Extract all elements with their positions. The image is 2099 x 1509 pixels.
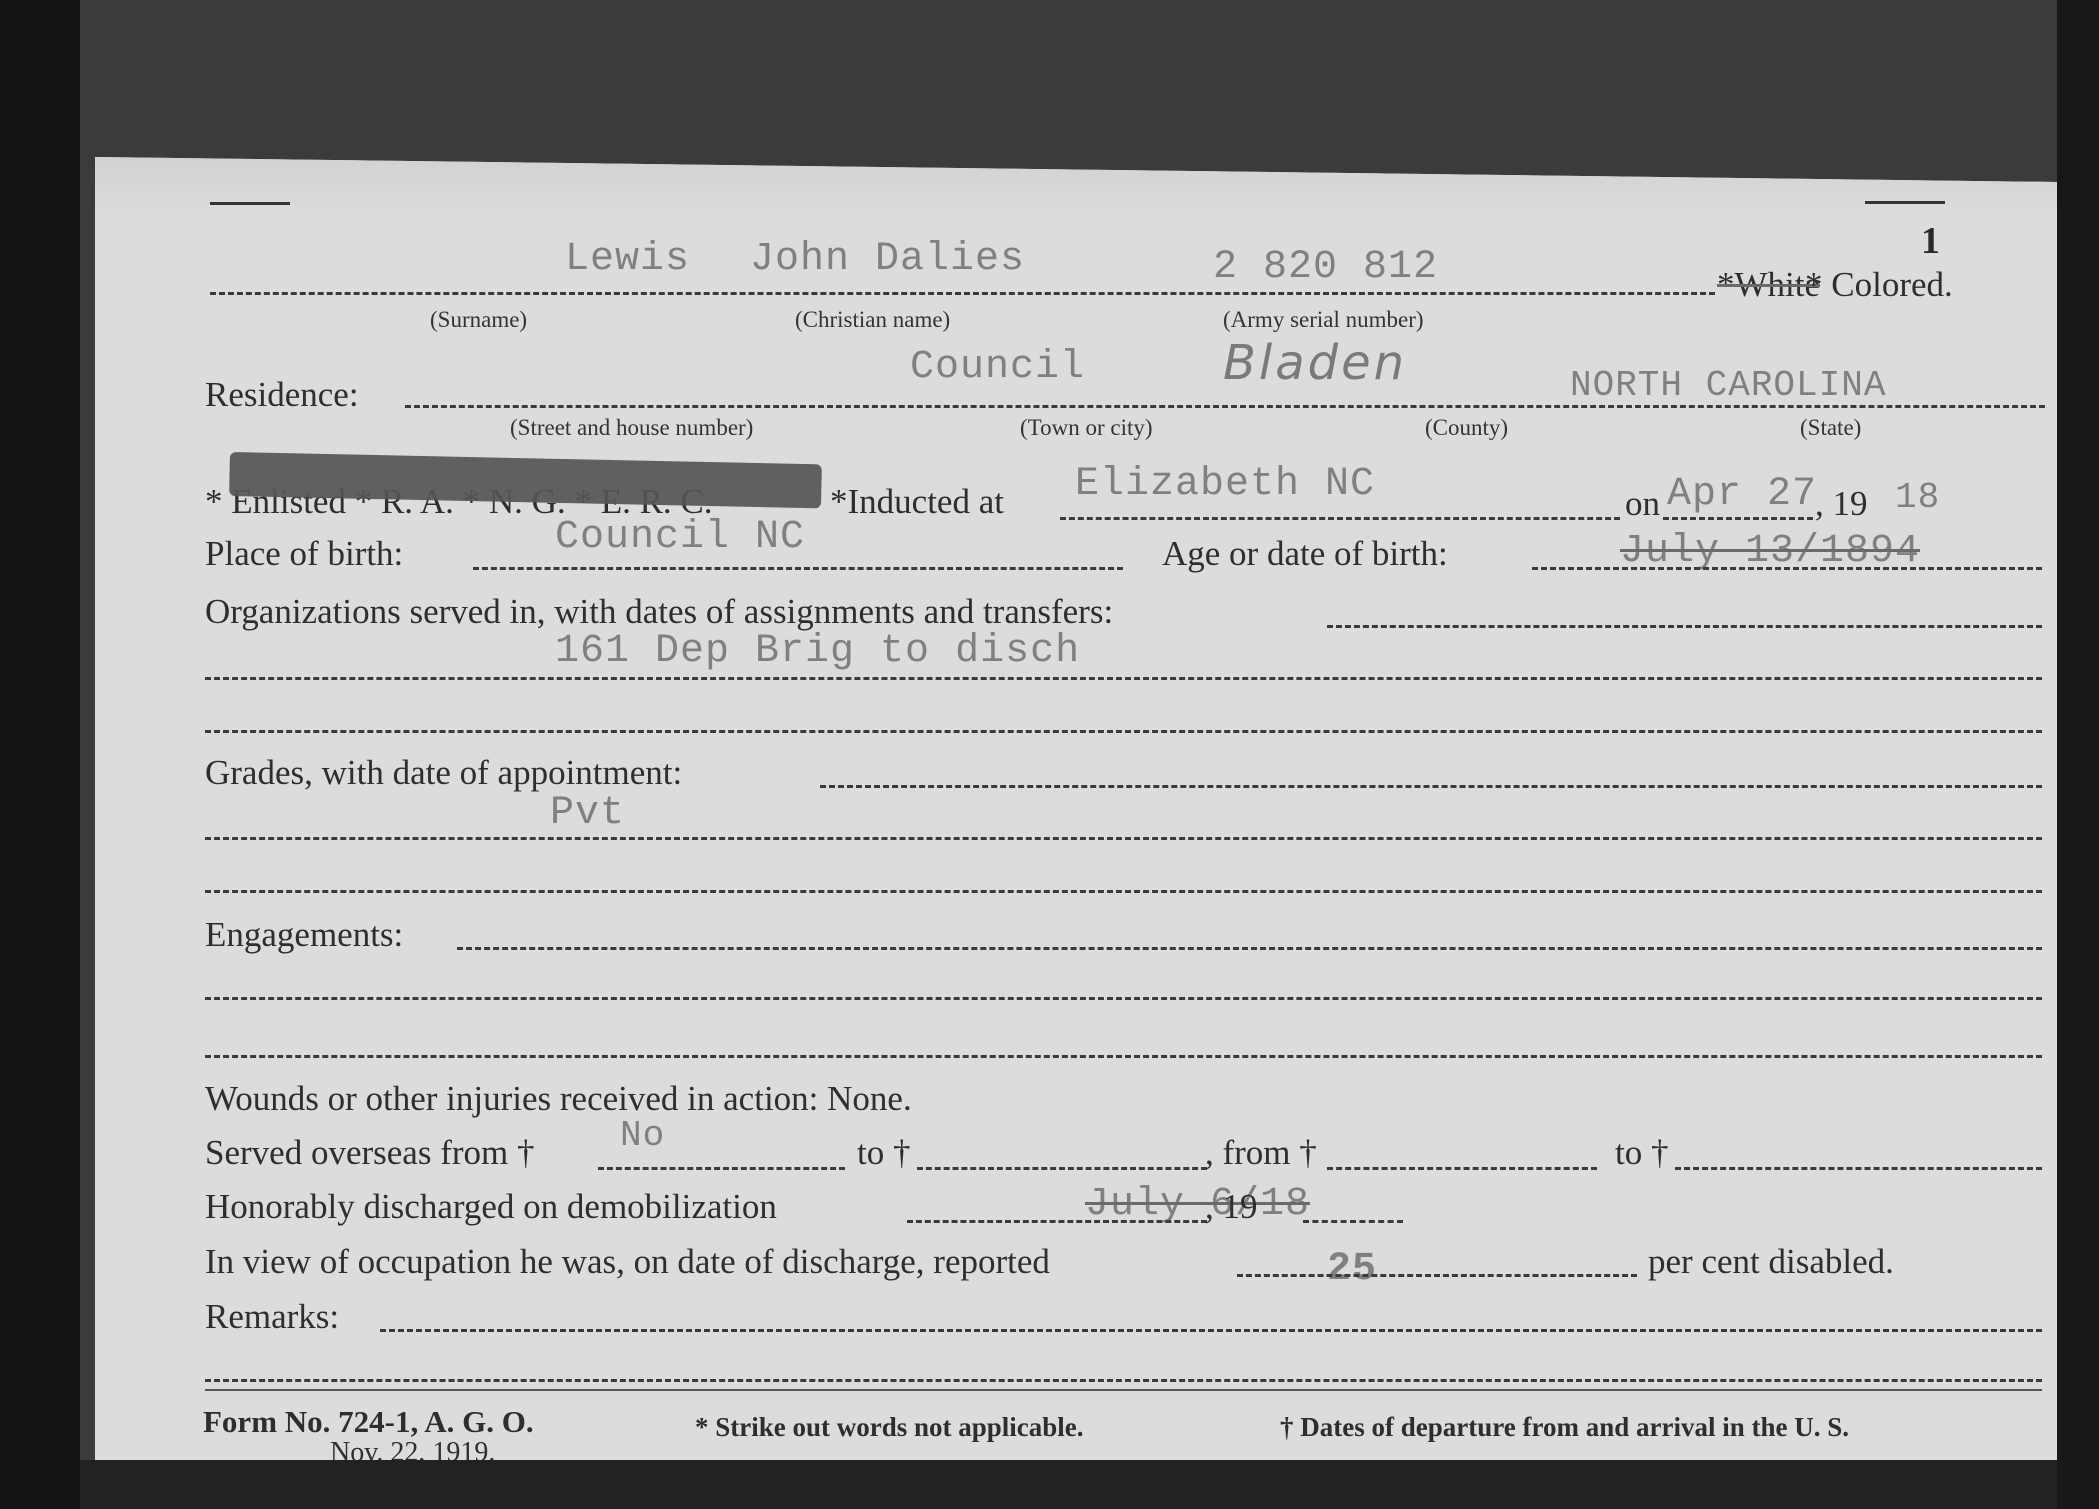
- remarks-label: Remarks:: [205, 1297, 339, 1337]
- residence-label: Residence:: [205, 375, 359, 415]
- induction-date-line: [1663, 517, 1813, 520]
- induction-date: Apr 27: [1667, 472, 1817, 517]
- overseas-to-label: to †: [857, 1133, 910, 1173]
- discharge-date-line: [907, 1220, 1207, 1223]
- footer-rule: [205, 1389, 2042, 1391]
- service-record-card: 1 Lewis John Dalies 2 820 812 *White * C…: [95, 157, 2057, 1460]
- organization-entry: 161 Dep Brig to disch: [555, 629, 1080, 674]
- christian-name-value: John Dalies: [750, 237, 1025, 282]
- discharge-year-label: , 19: [1205, 1187, 1258, 1227]
- corner-tick-left: [210, 202, 290, 205]
- age-label: Age or date of birth:: [1162, 534, 1448, 574]
- overseas-to2-label: to †: [1615, 1133, 1668, 1173]
- state-label: (State): [1800, 415, 1861, 441]
- christian-name-label: (Christian name): [795, 307, 950, 333]
- surname-label: (Surname): [430, 307, 527, 333]
- organizations-line-1: [205, 677, 2042, 680]
- discharge-label: Honorably discharged on demobilization: [205, 1187, 777, 1227]
- scanner-border-right: [2057, 0, 2099, 1509]
- street-label: (Street and house number): [510, 415, 753, 441]
- corner-tick-right: [1865, 201, 1945, 204]
- scanner-border-bottom: [80, 1460, 2057, 1509]
- inducted-line: [1060, 517, 1620, 520]
- grades-label: Grades, with date of appointment:: [205, 753, 682, 793]
- residence-line: [405, 405, 2045, 408]
- place-of-birth-value: Council NC: [555, 515, 805, 560]
- disability-line: [1237, 1274, 1637, 1277]
- overseas-from2-line: [1327, 1167, 1597, 1170]
- county-label: (County): [1425, 415, 1508, 441]
- grades-line-1: [205, 837, 2042, 840]
- card-top-shade: [95, 157, 2057, 217]
- overseas-to2-line: [1675, 1167, 2042, 1170]
- engagements-label: Engagements:: [205, 915, 403, 955]
- remarks-line-1: [205, 1379, 2042, 1382]
- engagements-line-1: [205, 997, 2042, 1000]
- remarks-line-0: [380, 1329, 2042, 1332]
- overseas-from-label: Served overseas from †: [205, 1133, 534, 1173]
- place-of-birth-label: Place of birth:: [205, 534, 403, 574]
- town-label: (Town or city): [1020, 415, 1153, 441]
- overseas-from-line: [598, 1167, 845, 1170]
- serial-number-value: 2 820 812: [1213, 245, 1438, 290]
- residence-town: Council: [910, 345, 1085, 390]
- dagger-note: † Dates of departure from and arrival in…: [1280, 1412, 1849, 1443]
- grades-line-0: [820, 785, 2042, 788]
- surname-value: Lewis: [565, 237, 690, 282]
- on-label: on: [1625, 484, 1660, 524]
- engagements-line-2: [205, 1055, 2042, 1058]
- inducted-place: Elizabeth NC: [1075, 462, 1375, 507]
- induction-year-prefix: , 19: [1815, 484, 1868, 524]
- engagements-line-0: [457, 947, 2042, 950]
- name-line: [210, 292, 1715, 295]
- organizations-label: Organizations served in, with dates of a…: [205, 592, 1113, 632]
- residence-county: Bladen: [1223, 335, 1407, 391]
- overseas-to-line: [917, 1167, 1207, 1170]
- residence-state: NORTH CAROLINA: [1570, 365, 1886, 406]
- organizations-line-0: [1327, 625, 2042, 628]
- strike-out-note: * Strike out words not applicable.: [695, 1412, 1084, 1443]
- grade-entry: Pvt: [550, 791, 625, 836]
- overseas-from-value: No: [620, 1115, 665, 1156]
- scanner-border-left: [0, 0, 80, 1509]
- disability-label: In view of occupation he was, on date of…: [205, 1242, 1050, 1282]
- discharge-year-line: [1303, 1220, 1403, 1223]
- disability-percent: 25: [1327, 1247, 1377, 1292]
- serial-number-label: (Army serial number): [1223, 307, 1424, 333]
- form-number: Form No. 724-1, A. G. O.: [203, 1404, 534, 1440]
- date-of-birth-line: [1532, 567, 2042, 570]
- overseas-from2-label: , from †: [1205, 1133, 1317, 1173]
- card-number: 1: [1921, 219, 1940, 263]
- induction-year: 18: [1895, 477, 1940, 518]
- grades-line-2: [205, 890, 2042, 893]
- race-colored: * Colored.: [1805, 265, 1953, 305]
- inducted-label: *Inducted at: [830, 482, 1004, 522]
- place-of-birth-line: [473, 567, 1123, 570]
- organizations-line-2: [205, 730, 2042, 733]
- wounds-label: Wounds or other injuries received in act…: [205, 1079, 912, 1119]
- disability-suffix: per cent disabled.: [1648, 1242, 1894, 1282]
